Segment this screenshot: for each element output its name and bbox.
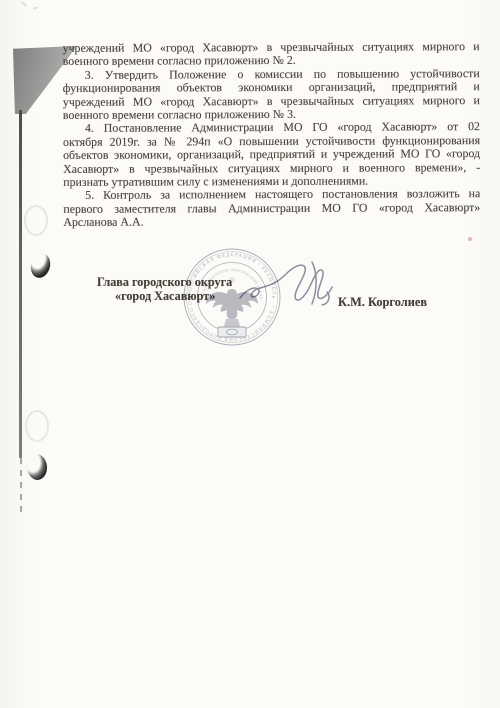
document-text: учреждений МО «город Хасавюрт» в чрезвыч… (63, 40, 481, 229)
document-page: учреждений МО «город Хасавюрт» в чрезвыч… (0, 0, 500, 708)
binder-edge-line (19, 110, 22, 458)
fastener-ghost-ring-bottom (25, 410, 49, 442)
fastener-ghost-ring-top (24, 205, 48, 236)
pencil-smudge (21, 1, 27, 6)
ink-speck (468, 237, 472, 241)
fastener-mark-top (28, 251, 52, 280)
stamp-banner (218, 327, 246, 337)
signatory-name: К.М. Корголиев (338, 295, 427, 310)
text-line: Арсланова А.А. (63, 214, 480, 229)
handwritten-signature (232, 252, 344, 320)
binder-edge-line-faded (20, 458, 22, 516)
fastener-mark-bottom (26, 453, 49, 481)
pencil-smudge (33, 6, 38, 10)
text-line: первого заместителя главы Администрации … (63, 201, 480, 216)
